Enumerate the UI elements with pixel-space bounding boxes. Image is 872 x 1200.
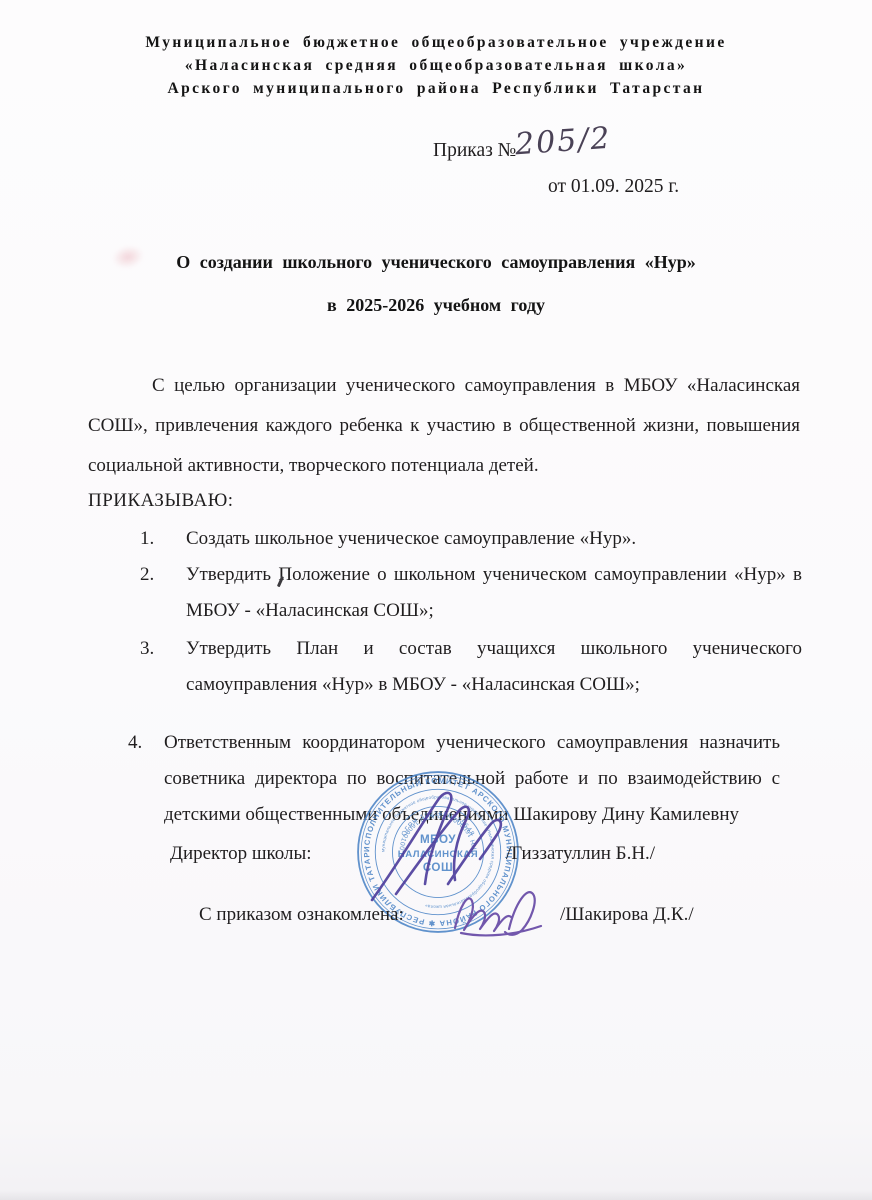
director-label: Директор школы:: [170, 843, 312, 865]
letterhead-line3: Арского муниципального района Республики…: [66, 77, 806, 100]
item-number: 1.: [140, 521, 186, 557]
scanned-order-document: Муниципальное бюджетное общеобразователь…: [0, 0, 872, 1200]
acknowledgment-label: С приказом ознакомлена:: [199, 904, 404, 926]
document-title: О создании школьного ученического самоуп…: [66, 252, 806, 316]
school-letterhead: Муниципальное бюджетное общеобразователь…: [66, 31, 806, 100]
item-number: 2.: [140, 557, 186, 629]
ack-signature-ink: [443, 876, 557, 948]
item-text: Утвердить План и состав учащихся школьно…: [186, 631, 802, 703]
intro-paragraph: С целью организации ученического самоупр…: [88, 366, 800, 486]
title-line2: в 2025-2026 учебном году: [66, 295, 806, 316]
handwritten-order-number: 205/2: [514, 121, 613, 163]
decree-item: 2. Утвердить Положение о школьном ученич…: [140, 557, 804, 629]
letterhead-line2: «Наласинская средняя общеобразовательная…: [66, 54, 806, 77]
item-number: 3.: [140, 631, 186, 703]
acknowledgment-name: /Шакирова Д.К./: [560, 904, 694, 926]
item-text: Утвердить Положение о школьном ученическ…: [186, 557, 802, 629]
letterhead-line1: Муниципальное бюджетное общеобразователь…: [66, 31, 806, 54]
director-name: /Гиззатуллин Б.Н./: [506, 843, 655, 865]
decree-item: 3. Утвердить План и состав учащихся школ…: [140, 631, 804, 703]
order-date: от 01.09. 2025 г.: [548, 176, 679, 198]
decree-heading: ПРИКАЗЫВАЮ:: [88, 490, 234, 512]
order-number-label: Приказ №: [433, 140, 516, 162]
decree-item: 1. Создать школьное ученическое самоупра…: [140, 521, 804, 557]
item-number: 4.: [128, 725, 164, 833]
item-text: Создать школьное ученическое самоуправле…: [186, 521, 802, 557]
scan-shadow-edge: [0, 1190, 872, 1200]
title-line1: О создании школьного ученического самоуп…: [66, 252, 806, 273]
